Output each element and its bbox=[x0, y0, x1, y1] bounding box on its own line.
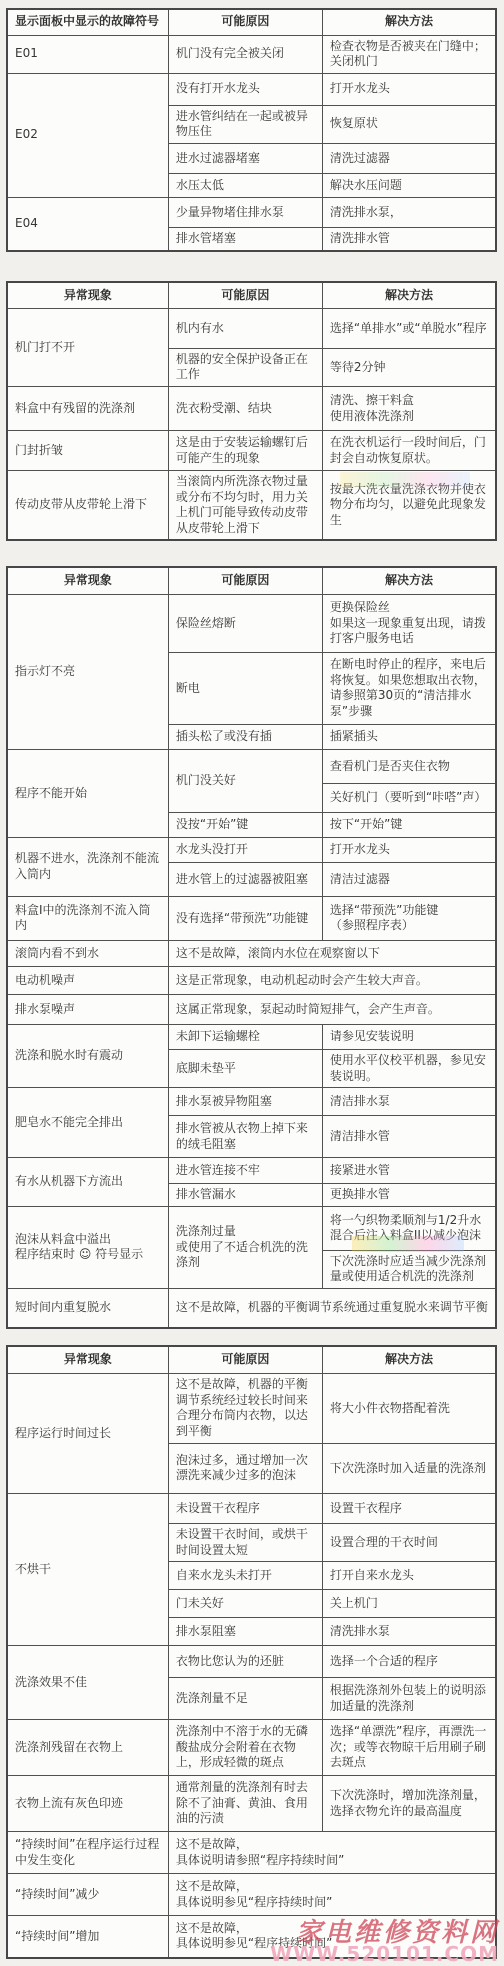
table-row: 泡沫从料盒中溢出 程序结束时 ☺ 符号显示洗涤剂过量 或使用了不适合机洗的洗涤剂… bbox=[7, 1206, 496, 1250]
table-cell: 排水管堵塞 bbox=[168, 227, 322, 251]
table-row: 洗涤剂残留在衣物上洗涤剂中不溶于水的无磷酸盐成分会附着在衣物上，形成轻微的斑点选… bbox=[7, 1720, 496, 1776]
table-cell: 更换保险丝 如果这一现象重复出现，请拨打客户服务电话 bbox=[322, 594, 496, 652]
table-cell: 排水管被从衣物上掉下来的绒毛阻塞 bbox=[168, 1116, 322, 1158]
table-row: “持续时间”在程序运行过程中发生变化这不是故障， 具体说明请参照“程序持续时间” bbox=[7, 1832, 496, 1874]
column-header: 异常现象 bbox=[7, 282, 168, 308]
table-cell: 清洗、擦干料盒 使用液体洗涤剂 bbox=[322, 387, 496, 431]
column-header: 解决方法 bbox=[322, 567, 496, 594]
table-cell: 排水泵被异物阻塞 bbox=[168, 1088, 322, 1116]
table-cell: 洗涤剂中不溶于水的无磷酸盐成分会附着在衣物上，形成轻微的斑点 bbox=[168, 1720, 322, 1776]
table-cell: E01 bbox=[7, 35, 168, 73]
table-cell: 进水管连接不牢 bbox=[168, 1158, 322, 1184]
table-cell: 下次洗涤时加入适量的洗涤剂 bbox=[322, 1443, 496, 1493]
table-cell: 选择“单排水”或“单脱水”程序 bbox=[322, 308, 496, 348]
table-cell: 水龙头没打开 bbox=[168, 837, 322, 862]
table-cell: 短时间内重复脱水 bbox=[7, 1288, 168, 1328]
table-row: 排水泵噪声这属正常现象，泵起动时简短排气，会产生声音。 bbox=[7, 994, 496, 1024]
table-cell: “持续时间”增加 bbox=[7, 1916, 168, 1958]
table-row: “持续时间”减少这不是故障， 具体说明参见“程序持续时间” bbox=[7, 1874, 496, 1916]
table-cell: 这不是故障， 具体说明参见“程序持续时间” bbox=[168, 1874, 496, 1916]
table-cell: 机门没关好 bbox=[168, 749, 322, 812]
table-cell: 这不是故障， 具体说明参见“程序持续时间” bbox=[168, 1916, 496, 1958]
table-cell: 没有选择“带预洗”功能键 bbox=[168, 896, 322, 940]
table-cell: 进水管纠结在一起或被异物压住 bbox=[168, 105, 322, 143]
table-abnormal-1: 异常现象可能原因解决方法机门打不开机内有水选择“单排水”或“单脱水”程序机器的安… bbox=[6, 281, 497, 541]
table-cell: 没有打开水龙头 bbox=[168, 73, 322, 105]
table-cell: 恢复原状 bbox=[322, 105, 496, 143]
header-row: 显示面板中显示的故障符号可能原因解决方法 bbox=[7, 9, 496, 35]
table-cell: 这不是故障，滚筒内水位在观察窗以下 bbox=[168, 940, 496, 966]
table-cell: 未设置干衣程序 bbox=[168, 1493, 322, 1523]
column-header: 可能原因 bbox=[168, 9, 322, 35]
table-cell: 程序不能开始 bbox=[7, 749, 168, 837]
table-cell: 清洁过滤器 bbox=[322, 862, 496, 896]
table-cell: 料盒I中的洗涤剂不流入筒内 bbox=[7, 896, 168, 940]
table-cell: 接紧进水管 bbox=[322, 1158, 496, 1184]
table-row: 洗涤和脱水时有震动未卸下运输螺栓请参见安装说明 bbox=[7, 1024, 496, 1049]
table-row: 传动皮带从皮带轮上滑下当滚筒内所洗涤衣物过量或分布不均匀时，用力关上机门可能导致… bbox=[7, 471, 496, 541]
table-cell: 没按“开始”键 bbox=[168, 812, 322, 837]
table-cell: 按下“开始”键 bbox=[322, 812, 496, 837]
table-cell: E02 bbox=[7, 73, 168, 197]
table-cell: 选择“单漂洗”程序，再漂洗一次；或等衣物晾干后用刷子刷去斑点 bbox=[322, 1720, 496, 1776]
table-cell: 机器不进水，洗涤剂不能流入筒内 bbox=[7, 837, 168, 896]
table-cell: 检查衣物是否被夹在门缝中； 关闭机门 bbox=[322, 35, 496, 73]
table-cell: 少量异物堵住排水泵 bbox=[168, 197, 322, 227]
table-cell: 清洗排水泵 bbox=[322, 1618, 496, 1646]
table-cell: 门封折皱 bbox=[7, 431, 168, 471]
table-cell: 插头松了或没有插 bbox=[168, 724, 322, 749]
table-cell: 关好机门（要听到“咔嗒”声） bbox=[322, 783, 496, 812]
table-row: 料盒I中的洗涤剂不流入筒内没有选择“带预洗”功能键选择“带预洗”功能键 （参照程… bbox=[7, 896, 496, 940]
table-cell: 泡沫从料盒中溢出 程序结束时 ☺ 符号显示 bbox=[7, 1206, 168, 1288]
table-row: 程序不能开始机门没关好查看机门是否夹住衣物 bbox=[7, 749, 496, 783]
table-row: 不烘干未设置干衣程序设置干衣程序 bbox=[7, 1493, 496, 1523]
table-cell: 洗涤剂过量 或使用了不适合机洗的洗涤剂 bbox=[168, 1206, 322, 1288]
table-cell: 保险丝熔断 bbox=[168, 594, 322, 652]
table-row: 机门打不开机内有水选择“单排水”或“单脱水”程序 bbox=[7, 308, 496, 348]
table-cell: 在洗衣机运行一段时间后，门封会自动恢复原状。 bbox=[322, 431, 496, 471]
table-cell: 不烘干 bbox=[7, 1493, 168, 1645]
header-row: 异常现象可能原因解决方法 bbox=[7, 567, 496, 594]
table-row: 衣物上流有灰色印迹通常剂量的洗涤剂有时去除不了油膏、黄油、食用油的污渍下次洗涤时… bbox=[7, 1776, 496, 1832]
table-cell: 洗涤效果不佳 bbox=[7, 1646, 168, 1720]
table-cell: 这是由于安装运输螺钉后可能产生的现象 bbox=[168, 431, 322, 471]
table-cell: 电动机噪声 bbox=[7, 966, 168, 994]
table-cell: 打开水龙头 bbox=[322, 837, 496, 862]
table-cell: 洗涤和脱水时有震动 bbox=[7, 1024, 168, 1087]
table-cell: 按最大洗衣量洗涤衣物并使衣物分布均匀，以避免此现象发生 bbox=[322, 471, 496, 541]
table-row: 指示灯不亮保险丝熔断更换保险丝 如果这一现象重复出现，请拨打客户服务电话 bbox=[7, 594, 496, 652]
table-cell: 有水从机器下方流出 bbox=[7, 1158, 168, 1207]
table-cell: 清洗排水管 bbox=[322, 227, 496, 251]
table-row: 料盒中有残留的洗涤剂洗衣粉受潮、结块清洗、擦干料盒 使用液体洗涤剂 bbox=[7, 387, 496, 431]
table-cell: 机器的安全保护设备正在工作 bbox=[168, 348, 322, 386]
table-cell: 打开自来水龙头 bbox=[322, 1562, 496, 1590]
header-row: 异常现象可能原因解决方法 bbox=[7, 282, 496, 308]
table-cell: 滚筒内看不到水 bbox=[7, 940, 168, 966]
table-cell: 机门打不开 bbox=[7, 308, 168, 386]
table-cell: 根据洗涤剂外包装上的说明添加适量的洗涤剂 bbox=[322, 1678, 496, 1720]
table-cell: 底脚未垫平 bbox=[168, 1049, 322, 1087]
column-header: 可能原因 bbox=[168, 1346, 322, 1373]
column-header: 显示面板中显示的故障符号 bbox=[7, 9, 168, 35]
table-cell: 门未关好 bbox=[168, 1590, 322, 1618]
table-cell: 这属正常现象，泵起动时简短排气，会产生声音。 bbox=[168, 994, 496, 1024]
column-header: 可能原因 bbox=[168, 567, 322, 594]
table-cell: 将一勺织物柔顺剂与1/2升水混合后注入料盒II以减少泡沫 bbox=[322, 1206, 496, 1250]
table-row: E02没有打开水龙头打开水龙头 bbox=[7, 73, 496, 105]
table-cell: 这不是故障，机器的平衡调节系统经过较长时间来合理分布筒内衣物，以达到平衡 bbox=[168, 1373, 322, 1443]
table-cell: 查看机门是否夹住衣物 bbox=[322, 749, 496, 783]
table-cell: 清洗过滤器 bbox=[322, 143, 496, 173]
table-cell: 选择“带预洗”功能键 （参照程序表） bbox=[322, 896, 496, 940]
table-cell: 清洗排水泵， bbox=[322, 197, 496, 227]
table-cell: 衣物上流有灰色印迹 bbox=[7, 1776, 168, 1832]
table-cell: 程序运行时间过长 bbox=[7, 1373, 168, 1493]
table-cell: 洗涤剂残留在衣物上 bbox=[7, 1720, 168, 1776]
table-cell: 衣物比您认为的还脏 bbox=[168, 1646, 322, 1678]
table-cell: 将大小件衣物搭配着洗 bbox=[322, 1373, 496, 1443]
table-cell: 进水管上的过滤器被阻塞 bbox=[168, 862, 322, 896]
table-abnormal-2: 异常现象可能原因解决方法指示灯不亮保险丝熔断更换保险丝 如果这一现象重复出现，请… bbox=[6, 566, 497, 1329]
table-row: E01机门没有完全被关闭检查衣物是否被夹在门缝中； 关闭机门 bbox=[7, 35, 496, 73]
header-row: 异常现象可能原因解决方法 bbox=[7, 1346, 496, 1373]
manual-troubleshooting-page: 显示面板中显示的故障符号可能原因解决方法E01机门没有完全被关闭检查衣物是否被夹… bbox=[0, 0, 504, 1965]
table-cell: 等待2分钟 bbox=[322, 348, 496, 386]
table-cell: 更换排水管 bbox=[322, 1184, 496, 1207]
table-row: 短时间内重复脱水这不是故障，机器的平衡调节系统通过重复脱水来调节平衡 bbox=[7, 1288, 496, 1328]
table-cell: 未卸下运输螺栓 bbox=[168, 1024, 322, 1049]
troubleshooting-table-section-3: 异常现象可能原因解决方法程序运行时间过长这不是故障，机器的平衡调节系统经过较长时… bbox=[6, 1345, 497, 1958]
table-cell: 排水泵阻塞 bbox=[168, 1618, 322, 1646]
table-cell: 未设置干衣时间，或烘干时间设置太短 bbox=[168, 1523, 322, 1561]
table-cell: 洗涤剂量不足 bbox=[168, 1678, 322, 1720]
table-cell: 关上机门 bbox=[322, 1590, 496, 1618]
table-row: 电动机噪声这是正常现象，电动机起动时会产生较大声音。 bbox=[7, 966, 496, 994]
table-cell: E04 bbox=[7, 197, 168, 251]
table-cell: 肥皂水不能完全排出 bbox=[7, 1088, 168, 1158]
table-cell: 使用水平仪校平机器，参见安装说明。 bbox=[322, 1049, 496, 1087]
table-row: 门封折皱这是由于安装运输螺钉后可能产生的现象在洗衣机运行一段时间后，门封会自动恢… bbox=[7, 431, 496, 471]
table-cell: 排水管漏水 bbox=[168, 1184, 322, 1207]
table-row: E04少量异物堵住排水泵清洗排水泵， bbox=[7, 197, 496, 227]
table-row: 肥皂水不能完全排出排水泵被异物阻塞清洁排水泵 bbox=[7, 1088, 496, 1116]
table-cell: 洗衣粉受潮、结块 bbox=[168, 387, 322, 431]
table-cell: 水压太低 bbox=[168, 173, 322, 197]
table-cell: 下次洗涤时应适当减少洗涤剂量或使用适合机洗的洗涤剂 bbox=[322, 1250, 496, 1288]
table-cell: 设置干衣程序 bbox=[322, 1493, 496, 1523]
column-header: 解决方法 bbox=[322, 282, 496, 308]
table-cell: 指示灯不亮 bbox=[7, 594, 168, 749]
table-cell: 当滚筒内所洗涤衣物过量或分布不均匀时，用力关上机门可能导致传动皮带从皮带轮上滑下 bbox=[168, 471, 322, 541]
table-cell: 打开水龙头 bbox=[322, 73, 496, 105]
table-cell: 解决水压问题 bbox=[322, 173, 496, 197]
troubleshooting-table-section-1: 异常现象可能原因解决方法机门打不开机内有水选择“单排水”或“单脱水”程序机器的安… bbox=[6, 281, 497, 541]
column-header: 异常现象 bbox=[7, 567, 168, 594]
table-cell: 自来水龙头未打开 bbox=[168, 1562, 322, 1590]
table-cell: 进水过滤器堵塞 bbox=[168, 143, 322, 173]
table-cell: 料盒中有残留的洗涤剂 bbox=[7, 387, 168, 431]
column-header: 可能原因 bbox=[168, 282, 322, 308]
table-row: 有水从机器下方流出进水管连接不牢接紧进水管 bbox=[7, 1158, 496, 1184]
table-cell: “持续时间”减少 bbox=[7, 1874, 168, 1916]
table-row: 程序运行时间过长这不是故障，机器的平衡调节系统经过较长时间来合理分布筒内衣物，以… bbox=[7, 1373, 496, 1443]
table-row: “持续时间”增加这不是故障， 具体说明参见“程序持续时间” bbox=[7, 1916, 496, 1958]
table-row: 滚筒内看不到水这不是故障，滚筒内水位在观察窗以下 bbox=[7, 940, 496, 966]
table-cell: 泡沫过多，通过增加一次漂洗来减少过多的泡沫 bbox=[168, 1443, 322, 1493]
table-cell: 清洁排水管 bbox=[322, 1116, 496, 1158]
table-cell: 传动皮带从皮带轮上滑下 bbox=[7, 471, 168, 541]
table-cell: “持续时间”在程序运行过程中发生变化 bbox=[7, 1832, 168, 1874]
fault-code-table-section: 显示面板中显示的故障符号可能原因解决方法E01机门没有完全被关闭检查衣物是否被夹… bbox=[6, 8, 497, 252]
table-cell: 清洁排水泵 bbox=[322, 1088, 496, 1116]
table-cell: 通常剂量的洗涤剂有时去除不了油膏、黄油、食用油的污渍 bbox=[168, 1776, 322, 1832]
table-cell: 选择一个合适的程序 bbox=[322, 1646, 496, 1678]
table-row: 机器不进水，洗涤剂不能流入筒内水龙头没打开打开水龙头 bbox=[7, 837, 496, 862]
table-row: 洗涤效果不佳衣物比您认为的还脏选择一个合适的程序 bbox=[7, 1646, 496, 1678]
column-header: 异常现象 bbox=[7, 1346, 168, 1373]
table-cell: 这是正常现象，电动机起动时会产生较大声音。 bbox=[168, 966, 496, 994]
table-cell: 机内有水 bbox=[168, 308, 322, 348]
table-cell: 这不是故障， 具体说明请参照“程序持续时间” bbox=[168, 1832, 496, 1874]
table-cell: 设置合理的干衣时间 bbox=[322, 1523, 496, 1561]
column-header: 解决方法 bbox=[322, 9, 496, 35]
troubleshooting-table-section-2: 异常现象可能原因解决方法指示灯不亮保险丝熔断更换保险丝 如果这一现象重复出现，请… bbox=[6, 566, 497, 1329]
table-cell: 在断电时停止的程序，来电后将恢复。如果您想取出衣物，请参照第30页的“清洁排水泵… bbox=[322, 652, 496, 724]
table-cell: 下次洗涤时，增加洗涤剂量，选择衣物允许的最高温度 bbox=[322, 1776, 496, 1832]
table-cell: 断电 bbox=[168, 652, 322, 724]
table-abnormal-3: 异常现象可能原因解决方法程序运行时间过长这不是故障，机器的平衡调节系统经过较长时… bbox=[6, 1345, 497, 1958]
table-cell: 这不是故障，机器的平衡调节系统通过重复脱水来调节平衡 bbox=[168, 1288, 496, 1328]
table-cell: 机门没有完全被关闭 bbox=[168, 35, 322, 73]
table-fault-codes: 显示面板中显示的故障符号可能原因解决方法E01机门没有完全被关闭检查衣物是否被夹… bbox=[6, 8, 497, 252]
table-cell: 插紧插头 bbox=[322, 724, 496, 749]
column-header: 解决方法 bbox=[322, 1346, 496, 1373]
table-cell: 排水泵噪声 bbox=[7, 994, 168, 1024]
table-cell: 请参见安装说明 bbox=[322, 1024, 496, 1049]
